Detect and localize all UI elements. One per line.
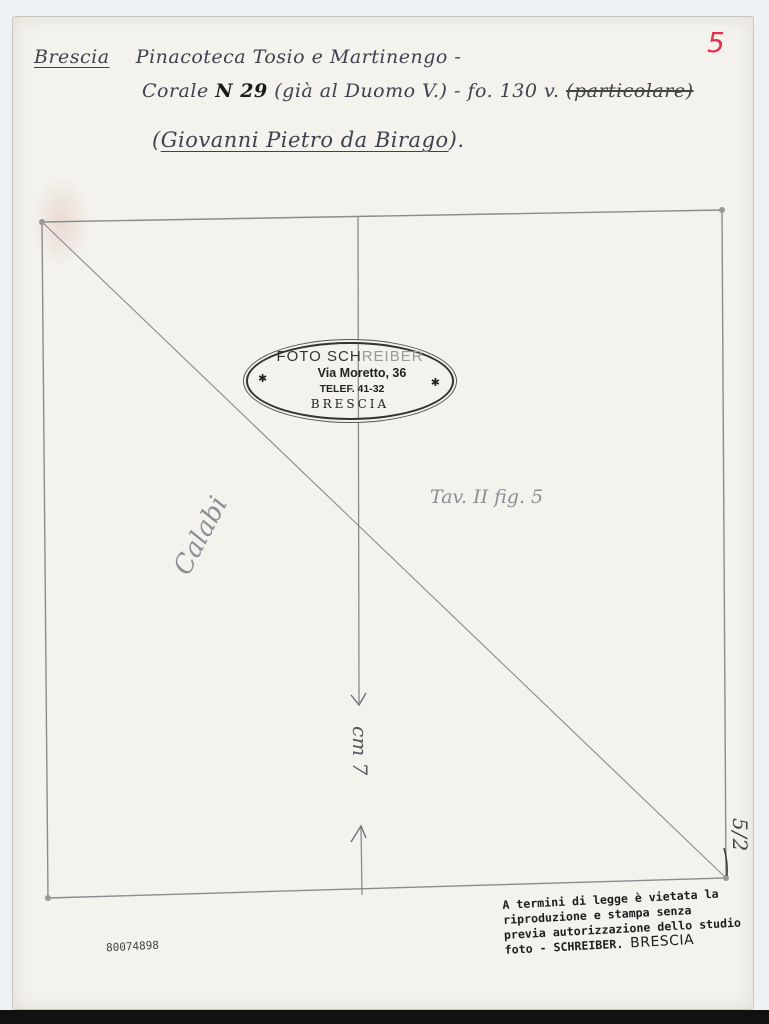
museum-label: Pinacoteca Tosio e Martinengo - [136,46,461,68]
corner-dot [45,895,51,901]
crop-diagonal [42,222,726,878]
plate-reference: Tav. II fig. 5 [430,486,543,508]
handwritten-line-2: Corale N 29 (già al Duomo V.) - fo. 130 … [142,80,693,102]
struck-detail-label: (particolare) [566,80,693,102]
corner-dot [39,219,45,225]
manuscript-type: Corale [142,80,209,102]
stamp-phone: TELEF. 41-32 [248,383,452,395]
center-line-upper [358,216,359,703]
center-line-lower [361,826,362,895]
corner-dot [719,207,725,213]
crop-rectangle [42,210,726,898]
sequence-number: 5 [707,26,725,59]
handwritten-line-1: Brescia Pinacoteca Tosio e Martinengo - [34,46,461,68]
corner-dot [723,875,729,881]
paren-open: ( [152,128,161,152]
stamp-studio-prefix: FOTO SCH [276,348,361,365]
studio-stamp: FOTO SCHREIBER ✱ ✱ Via Moretto, 36 TELEF… [246,342,454,420]
stamp-studio-name: FOTO SCHREIBER [248,348,452,365]
provenance-folio: (già al Duomo V.) - fo. 130 v. [274,80,559,102]
paren-close: ). [449,128,465,152]
manuscript-number: N 29 [215,80,267,102]
handwritten-line-3: (Giovanni Pietro da Birago). [152,128,465,152]
vertical-measurement: cm 7 [348,726,372,775]
stamp-city: BRESCIA [248,397,452,411]
side-measurement: 5/2 [728,818,752,852]
artist-name: Giovanni Pietro da Birago [161,128,449,152]
stamp-address: Via Moretto, 36 [248,366,452,380]
legal-city: BRESCIA [630,932,695,951]
inventory-number: 80074898 [106,939,160,955]
stamp-studio-faded: REIBER [362,348,424,365]
crop-diagram [0,0,769,1024]
arrow-up-icon [351,826,366,842]
legal-notice: A termini di legge è vietata la riproduz… [502,886,727,958]
city-label: Brescia [34,46,110,68]
